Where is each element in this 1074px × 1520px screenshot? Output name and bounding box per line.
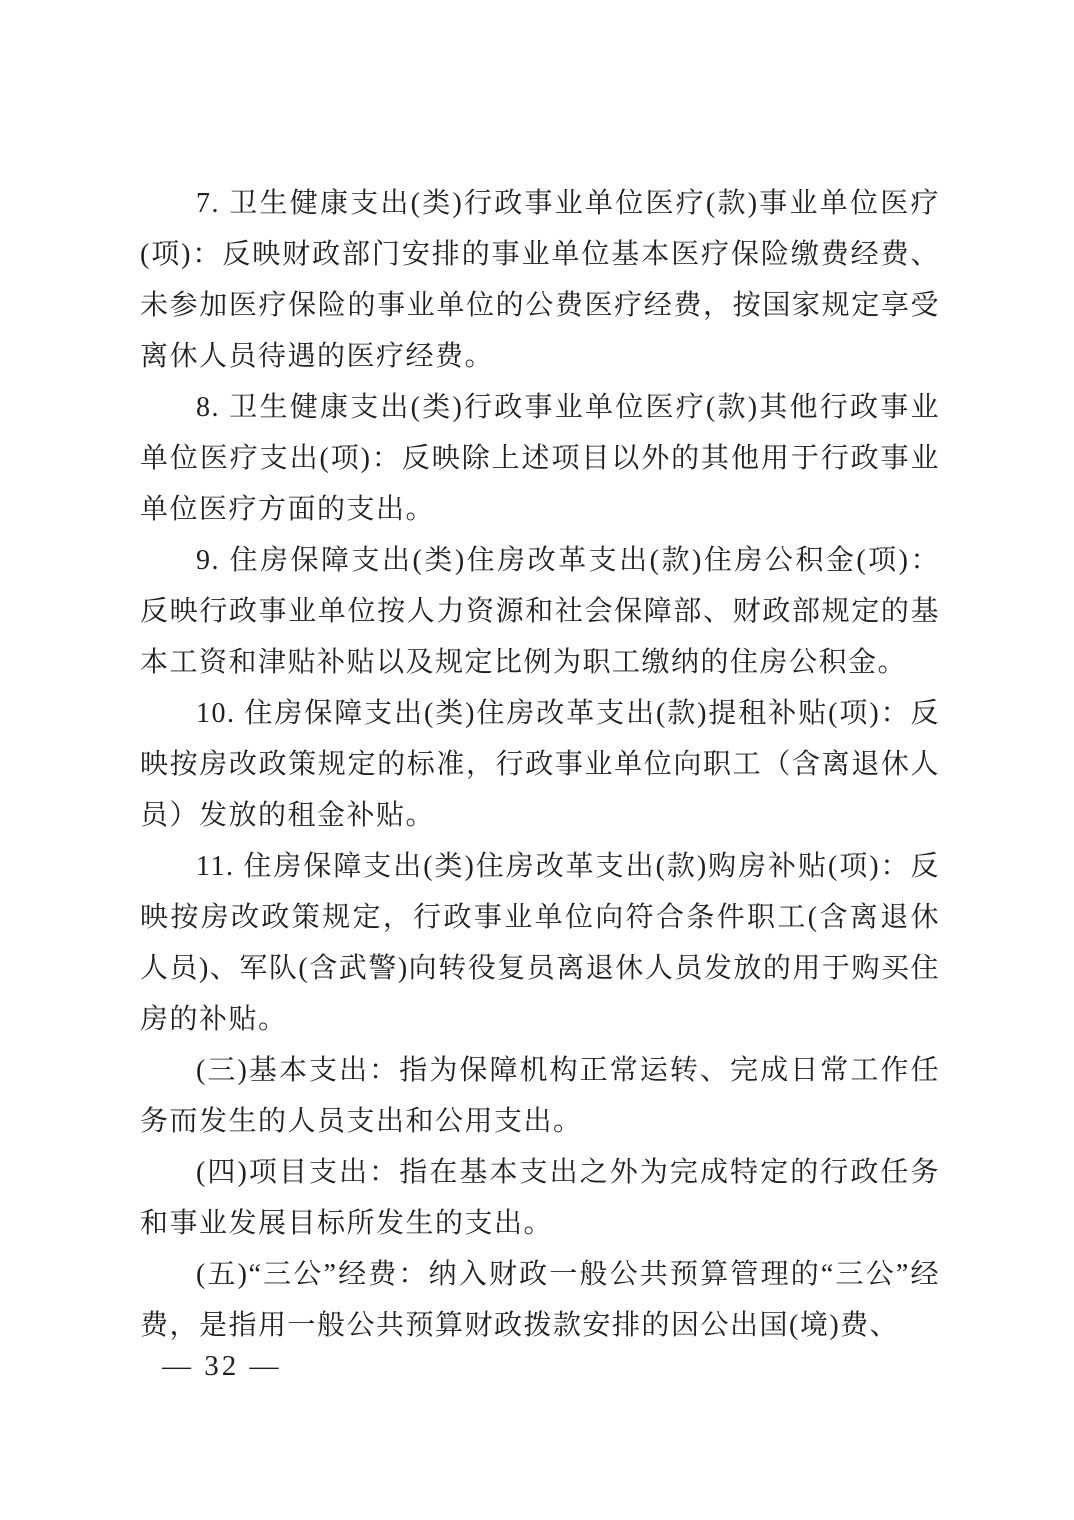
paragraph-item-10: 10. 住房保障支出(类)住房改革支出(款)提租补贴(项)：反映按房改政策规定的… — [140, 688, 940, 841]
paragraph-item-11: 11. 住房保障支出(类)住房改革支出(款)购房补贴(项)：反映按房改政策规定，… — [140, 841, 940, 1045]
paragraph-item-project-expenditure: (四)项目支出：指在基本支出之外为完成特定的行政任务和事业发展目标所发生的支出。 — [140, 1147, 940, 1249]
page-number: — 32 — — [162, 1350, 282, 1383]
paragraph-item-three-public-funds: (五)“三公”经费：纳入财政一般公共预算管理的“三公”经费，是指用一般公共预算财… — [140, 1249, 940, 1351]
paragraph-item-8: 8. 卫生健康支出(类)行政事业单位医疗(款)其他行政事业单位医疗支出(项)：反… — [140, 382, 940, 535]
document-body-text: 7. 卫生健康支出(类)行政事业单位医疗(款)事业单位医疗(项)：反映财政部门安… — [140, 178, 940, 1351]
paragraph-item-basic-expenditure: (三)基本支出：指为保障机构正常运转、完成日常工作任务而发生的人员支出和公用支出… — [140, 1045, 940, 1147]
paragraph-item-7: 7. 卫生健康支出(类)行政事业单位医疗(款)事业单位医疗(项)：反映财政部门安… — [140, 178, 940, 382]
paragraph-item-9: 9. 住房保障支出(类)住房改革支出(款)住房公积金(项)：反映行政事业单位按人… — [140, 535, 940, 688]
document-page: 7. 卫生健康支出(类)行政事业单位医疗(款)事业单位医疗(项)：反映财政部门安… — [0, 0, 1074, 1520]
